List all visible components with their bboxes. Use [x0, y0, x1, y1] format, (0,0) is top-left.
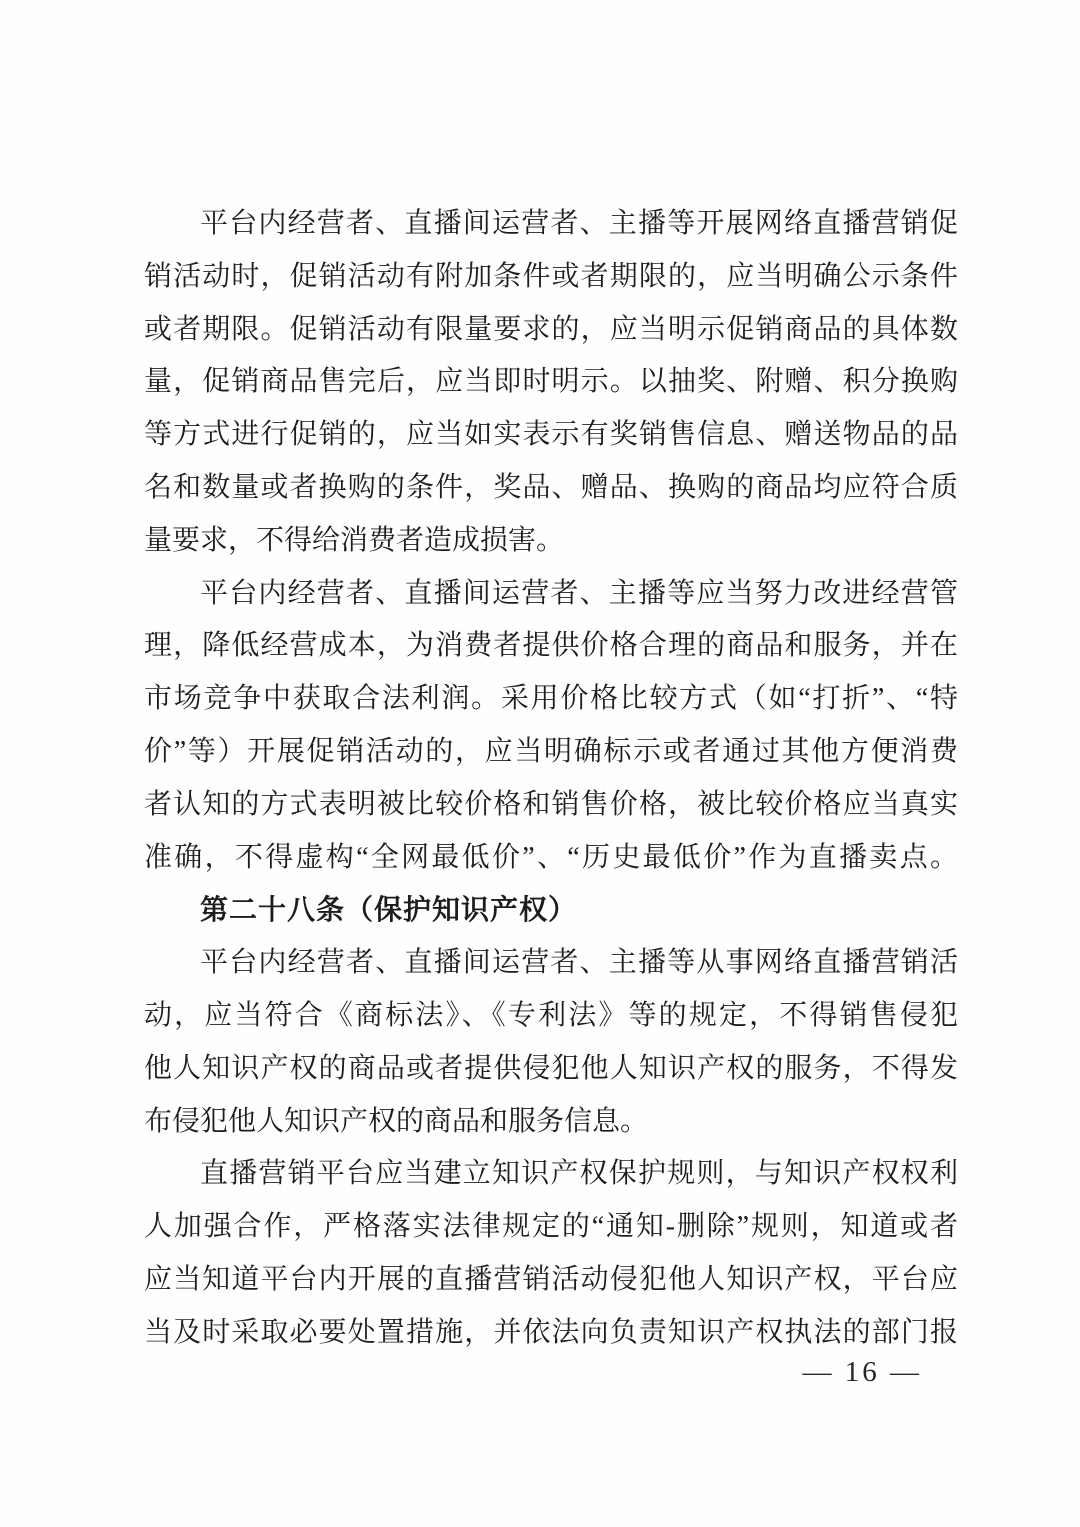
text-line: 销活动时，促销活动有附加条件或者期限的，应当明确公示条件 — [144, 251, 958, 304]
text-line: 准确，不得虚构“全网最低价”、“历史最低价”作为直播卖点。 — [144, 832, 958, 885]
text-line: 他人知识产权的商品或者提供侵犯他人知识产权的服务，不得发 — [144, 1043, 958, 1096]
text-line: 量要求，不得给消费者造成损害。 — [144, 515, 958, 568]
paragraph: 平台内经营者、直播间运营者、主播等开展网络直播营销促销活动时，促销活动有附加条件… — [144, 198, 958, 568]
heading-line: 第二十八条（保护知识产权） — [144, 884, 958, 937]
text-line: 量，促销商品售完后，应当即时明示。以抽奖、附赠、积分换购 — [144, 356, 958, 409]
page-number: — 16 — — [803, 1356, 923, 1388]
text-line: 平台内经营者、直播间运营者、主播等开展网络直播营销促 — [144, 198, 958, 251]
text-line: 等方式进行促销的，应当如实表示有奖销售信息、赠送物品的品 — [144, 409, 958, 462]
text-line: 布侵犯他人知识产权的商品和服务信息。 — [144, 1096, 958, 1149]
text-line: 平台内经营者、直播间运营者、主播等应当努力改进经营管 — [144, 568, 958, 621]
document-body: 平台内经营者、直播间运营者、主播等开展网络直播营销促销活动时，促销活动有附加条件… — [144, 198, 958, 1360]
text-line: 动，应当符合《商标法》、《专利法》等的规定，不得销售侵犯 — [144, 990, 958, 1043]
text-line: 平台内经营者、直播间运营者、主播等从事网络直播营销活 — [144, 937, 958, 990]
text-line: 理，降低经营成本，为消费者提供价格合理的商品和服务，并在 — [144, 620, 958, 673]
document-page: 平台内经营者、直播间运营者、主播等开展网络直播营销促销活动时，促销活动有附加条件… — [0, 0, 1080, 1527]
text-line: 直播营销平台应当建立知识产权保护规则，与知识产权权利 — [144, 1148, 958, 1201]
text-line: 名和数量或者换购的条件，奖品、赠品、换购的商品均应符合质 — [144, 462, 958, 515]
text-line: 者认知的方式表明被比较价格和销售价格，被比较价格应当真实 — [144, 779, 958, 832]
text-line: 市场竞争中获取合法利润。采用价格比较方式（如“打折”、“特 — [144, 673, 958, 726]
paragraph: 平台内经营者、直播间运营者、主播等应当努力改进经营管理，降低经营成本，为消费者提… — [144, 568, 958, 885]
text-line: 价”等）开展促销活动的，应当明确标示或者通过其他方便消费 — [144, 726, 958, 779]
paragraph: 平台内经营者、直播间运营者、主播等从事网络直播营销活动，应当符合《商标法》、《专… — [144, 937, 958, 1148]
article-heading: 第二十八条（保护知识产权） — [144, 884, 958, 937]
text-line: 或者期限。促销活动有限量要求的，应当明示促销商品的具体数 — [144, 304, 958, 357]
page-footer: — 16 — — [803, 1352, 923, 1392]
paragraph: 直播营销平台应当建立知识产权保护规则，与知识产权权利人加强合作，严格落实法律规定… — [144, 1148, 958, 1359]
text-line: 人加强合作，严格落实法律规定的“通知-删除”规则，知道或者 — [144, 1201, 958, 1254]
text-line: 应当知道平台内开展的直播营销活动侵犯他人知识产权，平台应 — [144, 1254, 958, 1307]
